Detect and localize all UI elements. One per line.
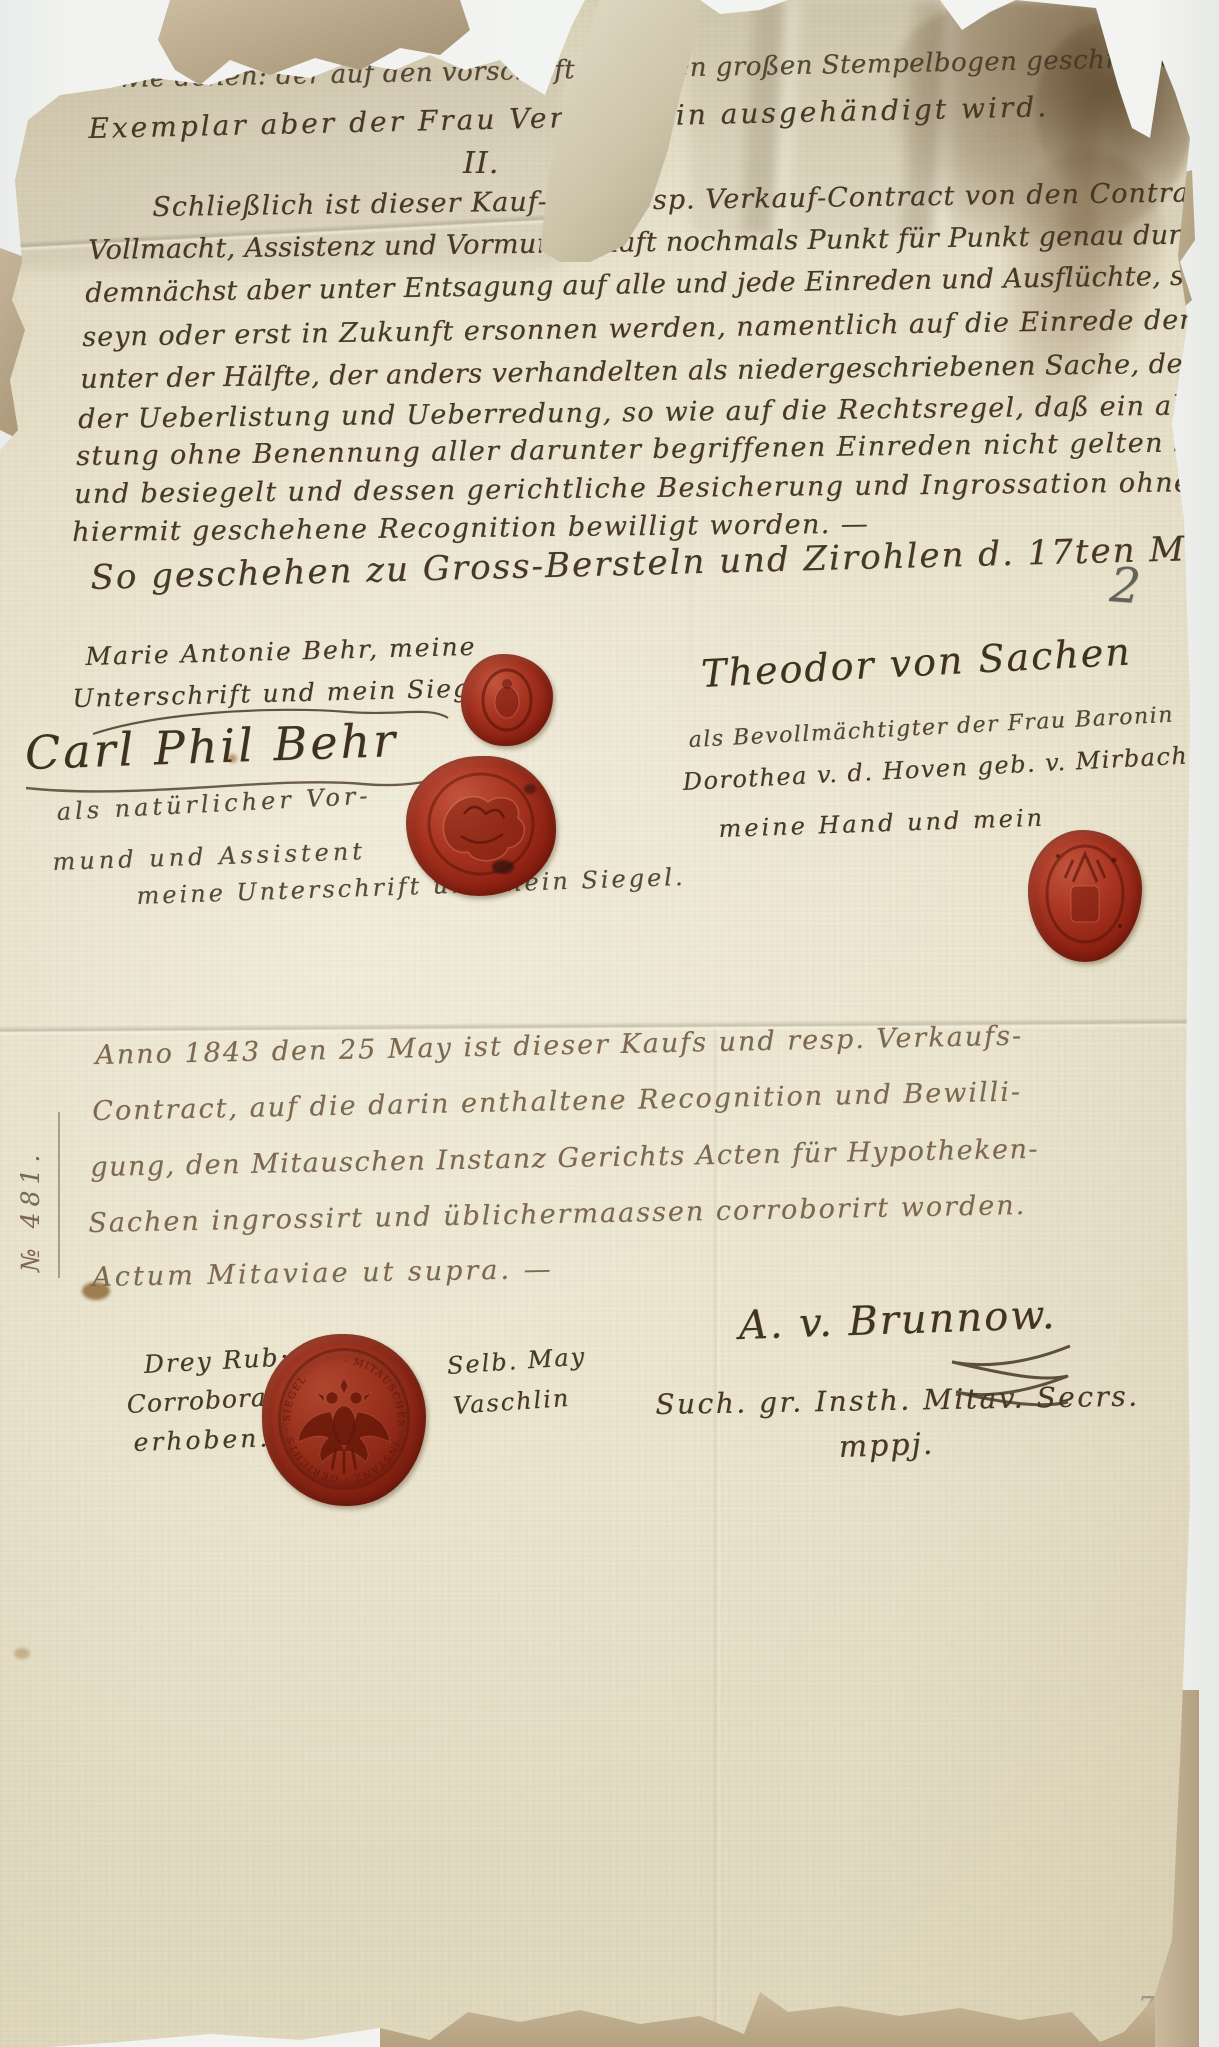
wax-seal-behr-large (406, 756, 556, 896)
seal-crest-small (461, 654, 553, 746)
signatory-capacity-line: mund und Assistent (52, 837, 366, 876)
signatory-statement-line: Marie Antonie Behr, meine (85, 632, 477, 671)
seal-crest-sacken (1028, 830, 1142, 962)
registration-line: Sachen ingrossirt und üblichermaassen co… (88, 1190, 1026, 1239)
fox-spot-bottom-left (14, 1648, 30, 1659)
signatory-capacity-line: meine Hand und mein (718, 804, 1045, 843)
registration-line: gung, den Mitauschen Instanz Gerichts Ac… (90, 1134, 1039, 1183)
registration-line: Contract, auf die darin enthaltene Recog… (92, 1077, 1022, 1127)
seal-dark-spot (492, 860, 514, 874)
paper-sheet: wie denen: der auf den vorschriftsmäßige… (0, 0, 1219, 2047)
signature-theodor-von-sachen: Theodor von Sachen (700, 629, 1133, 695)
fee-note-line: erhoben. (133, 1423, 271, 1457)
section-numeral: II. (463, 146, 499, 181)
handwriting-line: und besiegelt und dessen gerichtliche Be… (74, 464, 1219, 510)
margin-vertical-note: № 481. (16, 1149, 45, 1272)
clerk-note-line: Vaschlin (452, 1384, 571, 1420)
clerk-note-line: Selb. May (446, 1342, 587, 1380)
wax-seal-court: · MITAUSCHES · INSTANZ · GERICHTS · SIEG… (262, 1334, 426, 1506)
registration-line: Actum Mitaviae ut supra. — (92, 1254, 554, 1293)
fold-crease-vertical (712, 1030, 721, 2047)
registrar-paraph: mppj. (838, 1427, 935, 1465)
seal-dark-spot (524, 784, 536, 794)
seal-crest-large (406, 756, 556, 896)
wax-seal-sacken (1028, 830, 1142, 962)
wax-seal-behr-small (461, 654, 553, 746)
court-seal-double-eagle: · MITAUSCHES · INSTANZ · GERICHTS · SIEG… (262, 1334, 426, 1506)
document-scan: wie denen: der auf den vorschriftsmäßige… (0, 0, 1219, 2047)
margin-rule (58, 1112, 60, 1278)
signatory-capacity-line: Dorothea v. d. Hoven geb. v. Mirbach (682, 742, 1189, 796)
page-number-pencil: 2 (1108, 557, 1142, 615)
